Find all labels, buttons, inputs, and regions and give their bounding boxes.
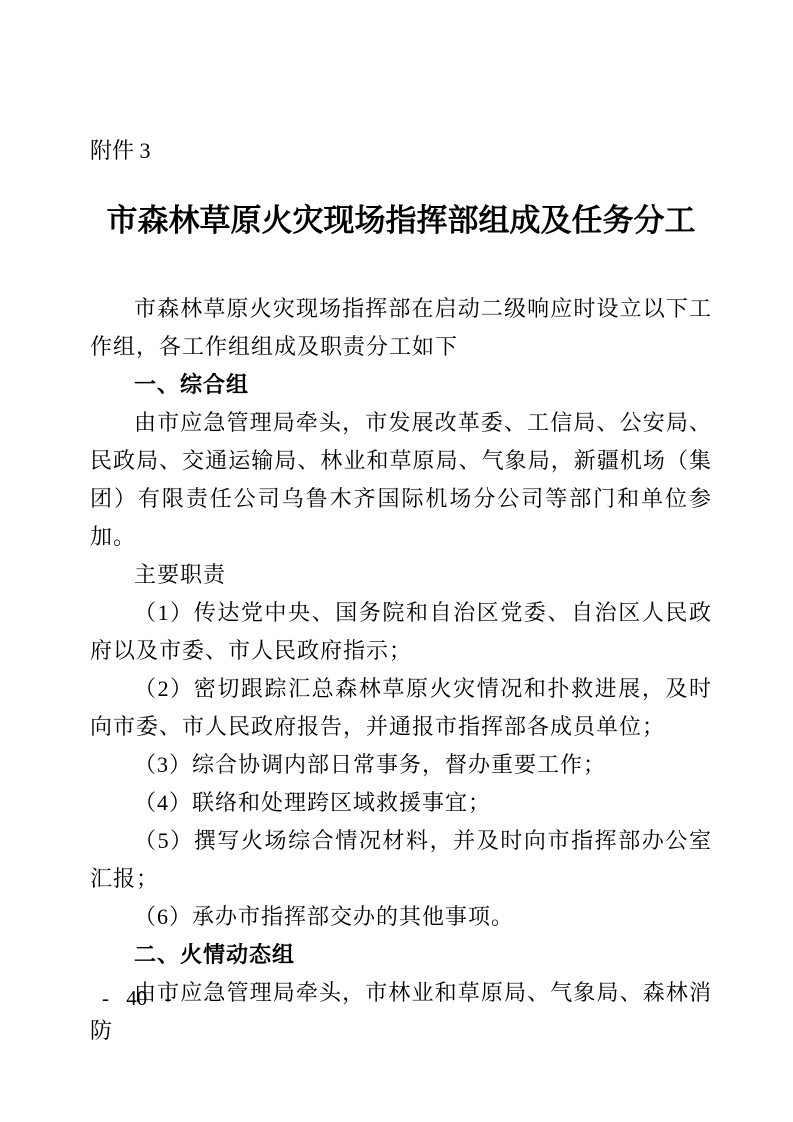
paragraph-duty-4: （4）联络和处理跨区域救援事宜； xyxy=(90,784,712,822)
document-page: 附件 3 市森林草原火灾现场指挥部组成及任务分工 市森林草原火灾现场指挥部在启动… xyxy=(0,0,793,1122)
paragraph-duty-5: （5）撰写火场综合情况材料，并及时向市指挥部办公室汇报； xyxy=(90,822,712,898)
paragraph-group2-members: 由市应急管理局牵头，市林业和草原局、气象局、森林消防 xyxy=(90,974,712,1050)
section-heading-2: 二、火情动态组 xyxy=(90,936,712,974)
paragraph-duties-label: 主要职责 xyxy=(90,556,712,594)
paragraph-duty-3: （3）综合协调内部日常事务，督办重要工作； xyxy=(90,746,712,784)
document-body: 市森林草原火灾现场指挥部在启动二级响应时设立以下工作组，各工作组组成及职责分工如… xyxy=(90,290,712,1050)
paragraph-group1-members: 由市应急管理局牵头，市发展改革委、工信局、公安局、民政局、交通运输局、林业和草原… xyxy=(90,404,712,556)
document-title: 市森林草原火灾现场指挥部组成及任务分工 xyxy=(90,200,712,242)
document-content: 附件 3 市森林草原火灾现场指挥部组成及任务分工 市森林草原火灾现场指挥部在启动… xyxy=(90,136,712,1050)
page-number: - 40 - xyxy=(102,986,172,1010)
paragraph-duty-1: （1）传达党中央、国务院和自治区党委、自治区人民政府以及市委、市人民政府指示； xyxy=(90,594,712,670)
attachment-label: 附件 3 xyxy=(90,136,712,166)
paragraph-duty-6: （6）承办市指挥部交办的其他事项。 xyxy=(90,898,712,936)
paragraph-duty-2: （2）密切跟踪汇总森林草原火灾情况和扑救进展，及时向市委、市人民政府报告，并通报… xyxy=(90,670,712,746)
section-heading-1: 一、综合组 xyxy=(90,366,712,404)
paragraph-intro: 市森林草原火灾现场指挥部在启动二级响应时设立以下工作组，各工作组组成及职责分工如… xyxy=(90,290,712,366)
